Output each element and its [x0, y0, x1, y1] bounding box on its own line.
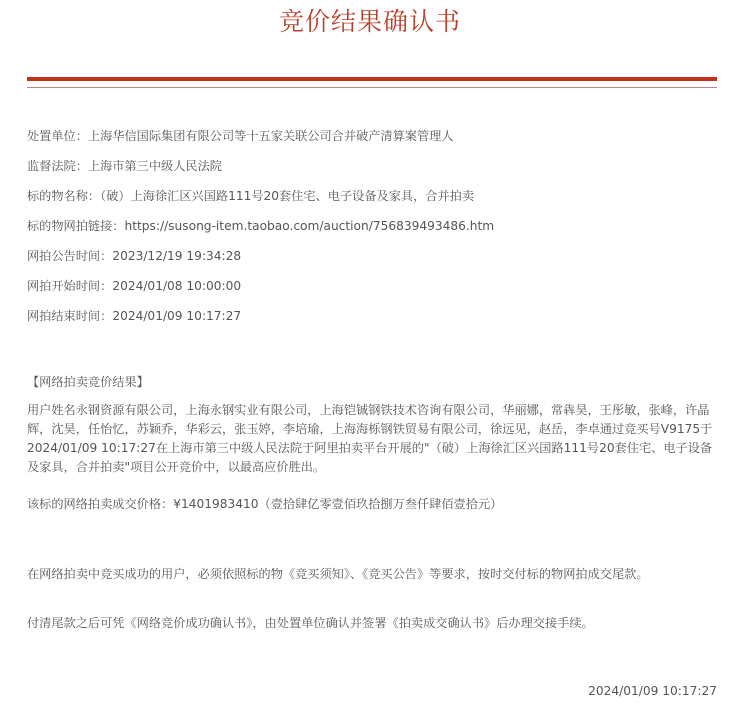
- result-section-body: 用户姓名永钢资源有限公司，上海永钢实业有限公司，上海铠铖钢铁技术咨询有限公司，华…: [27, 401, 719, 477]
- price-label: 该标的网络拍卖成交价格：: [27, 497, 173, 511]
- info-supervising-court: 监督法院：上海市第三中级人民法院: [27, 158, 222, 174]
- result-section-heading: 【网络拍卖竞价结果】: [27, 374, 149, 390]
- document-title: 竞价结果确认书: [0, 4, 740, 40]
- info-label: 处置单位：: [27, 129, 88, 143]
- final-price: 该标的网络拍卖成交价格：¥1401983410（壹拾肆亿零壹佰玖拾捌万叁仟肆佰壹…: [27, 496, 502, 512]
- info-item-name: 标的物名称：（破）上海徐汇区兴国路111号20套住宅、电子设备及家具，合并拍卖: [27, 188, 474, 204]
- info-announce-time: 网拍公告时间：2023/12/19 19:34:28: [27, 248, 241, 264]
- info-label: 标的物网拍链接：: [27, 219, 125, 233]
- info-auction-link: 标的物网拍链接：https://susong-item.taobao.com/a…: [27, 218, 494, 234]
- info-value: 2024/01/08 10:00:00: [112, 279, 241, 293]
- info-label: 标的物名称：: [27, 189, 100, 203]
- info-end-time: 网拍结束时间：2024/01/09 10:17:27: [27, 308, 241, 324]
- info-value: 上海市第三中级人民法院: [88, 159, 222, 173]
- info-label: 网拍公告时间：: [27, 249, 112, 263]
- note-handover: 付清尾款之后可凭《网络竞价成功确认书》，由处置单位确认并签署《拍卖成交确认书》后…: [27, 615, 594, 631]
- title-divider-thin: [27, 87, 717, 88]
- info-value: 2024/01/09 10:17:27: [112, 309, 241, 323]
- price-value: ¥1401983410（壹拾肆亿零壹佰玖拾捌万叁仟肆佰壹拾元）: [173, 497, 502, 511]
- title-divider-thick: [27, 77, 717, 81]
- info-label: 网拍结束时间：: [27, 309, 112, 323]
- info-label: 监督法院：: [27, 159, 88, 173]
- info-value: （破）上海徐汇区兴国路111号20套住宅、电子设备及家具，合并拍卖: [100, 189, 474, 203]
- info-start-time: 网拍开始时间：2024/01/08 10:00:00: [27, 278, 241, 294]
- info-value: 2023/12/19 19:34:28: [112, 249, 241, 263]
- info-disposal-unit: 处置单位：上海华信国际集团有限公司等十五家关联公司合并破产清算案管理人: [27, 128, 454, 144]
- info-label: 网拍开始时间：: [27, 279, 112, 293]
- note-payment: 在网络拍卖中竞买成功的用户，必须依照标的物《竞买须知》、《竞买公告》等要求，按时…: [27, 565, 717, 584]
- auction-link[interactable]: https://susong-item.taobao.com/auction/7…: [125, 219, 495, 233]
- document-date: 2024/01/09 10:17:27: [588, 683, 717, 699]
- info-value: 上海华信国际集团有限公司等十五家关联公司合并破产清算案管理人: [88, 129, 454, 143]
